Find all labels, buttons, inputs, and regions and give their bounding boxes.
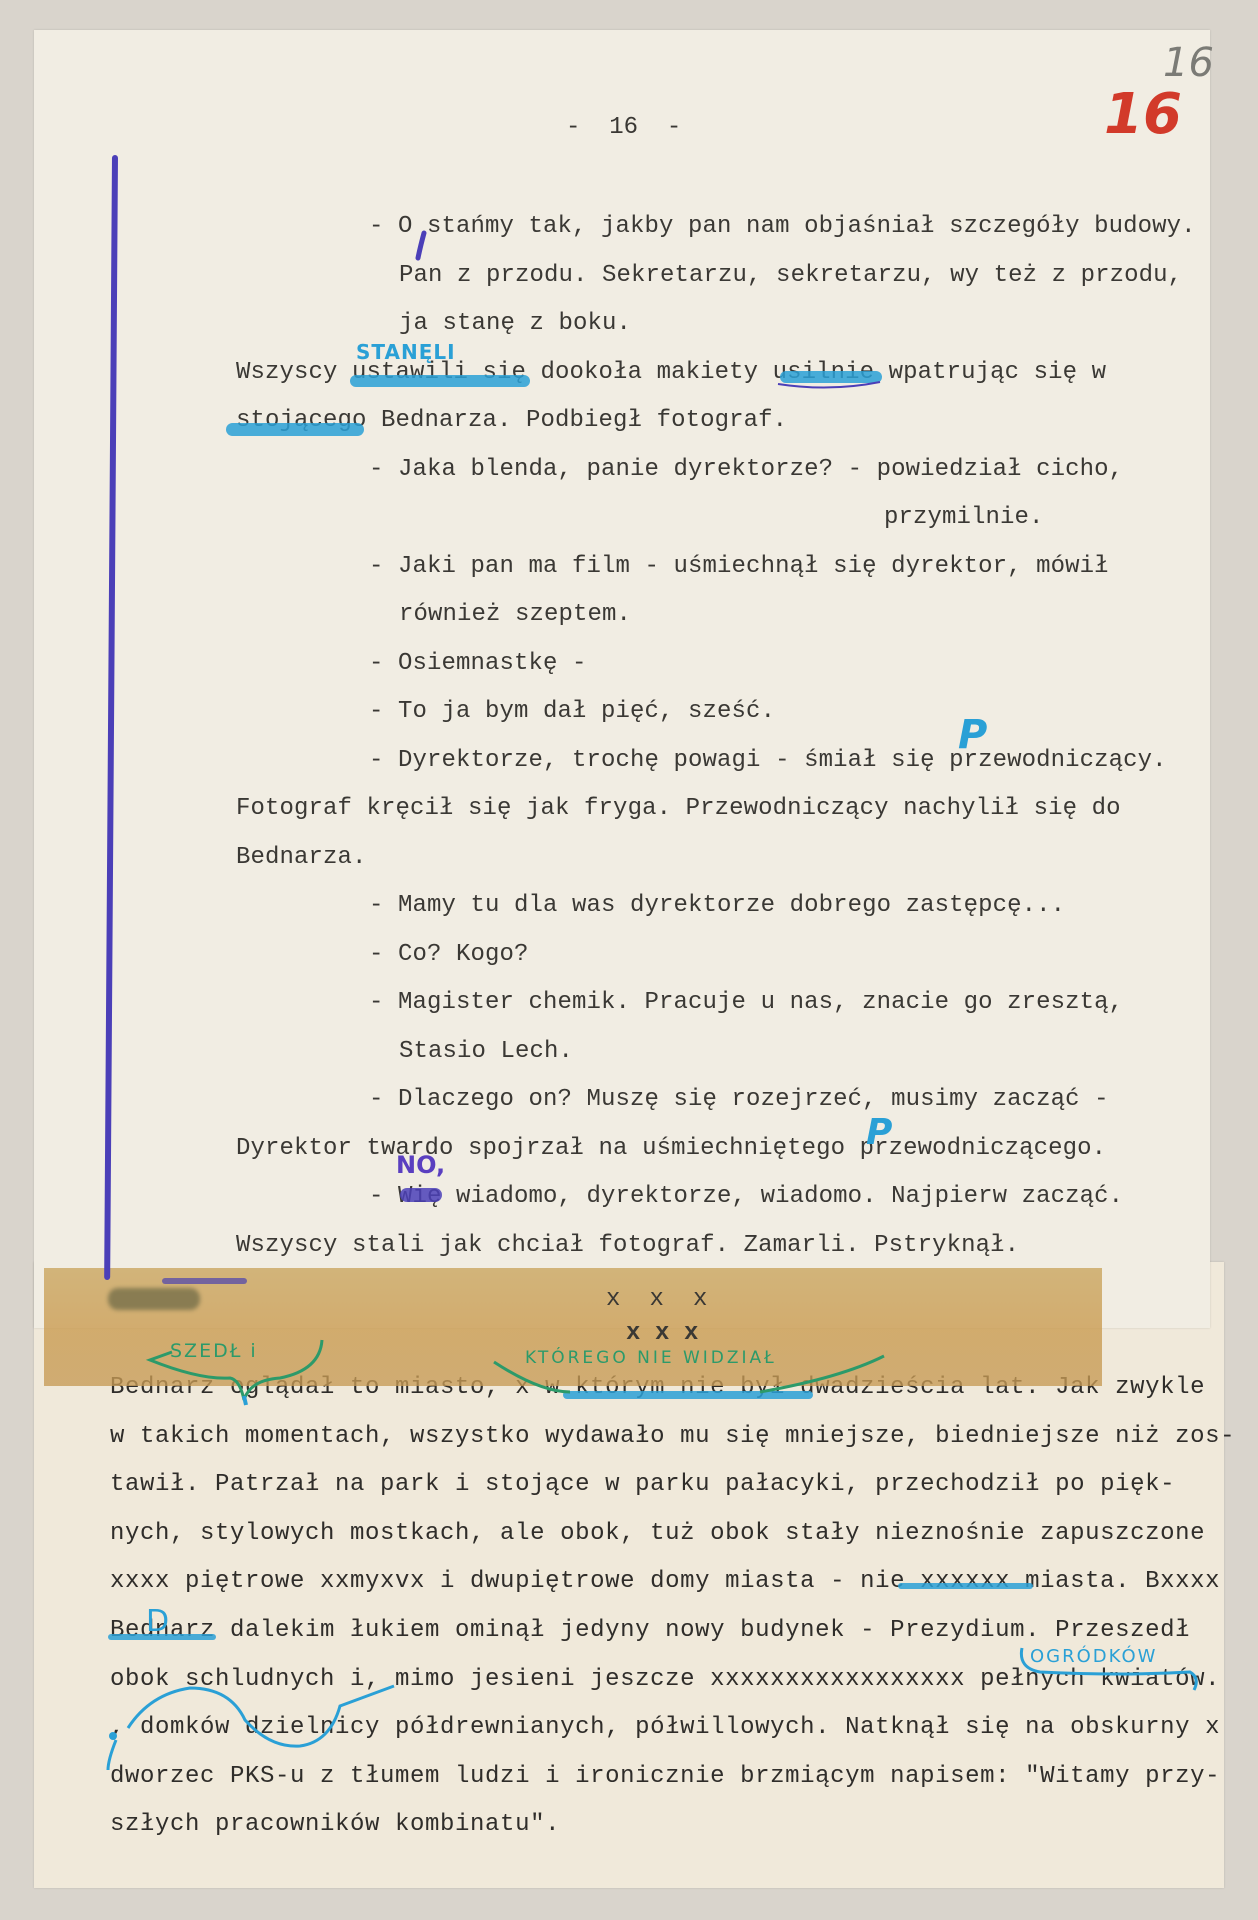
annotation-strokes	[0, 0, 1258, 1920]
